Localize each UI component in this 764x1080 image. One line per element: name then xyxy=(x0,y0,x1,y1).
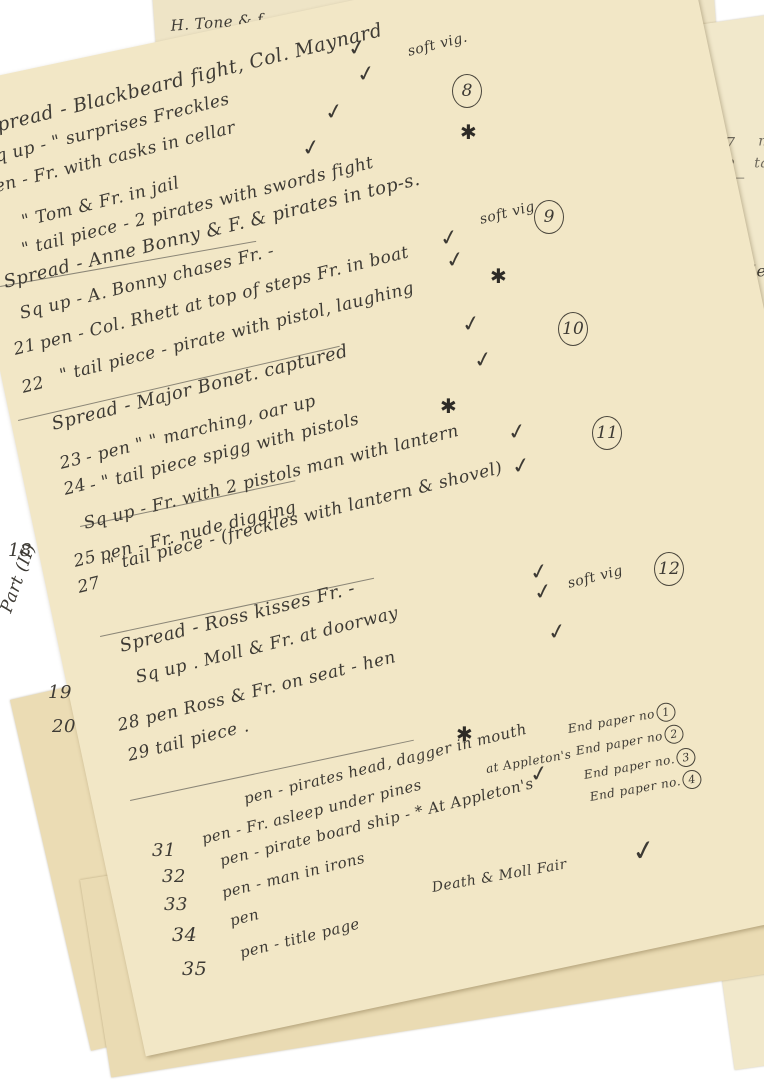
line-number: 20 xyxy=(52,716,76,737)
asterisk-icon: ✱ xyxy=(456,722,473,746)
end-paper-number: 3 xyxy=(675,746,697,768)
end-paper-number: 1 xyxy=(655,701,677,723)
line-number: 32 xyxy=(162,866,186,887)
line-number: 31 xyxy=(152,840,176,861)
end-paper-number: 2 xyxy=(663,723,685,745)
margin-part-label: Part (II) xyxy=(0,541,40,616)
asterisk-icon: ✱ xyxy=(490,264,507,288)
asterisk-icon: ✱ xyxy=(460,120,477,144)
word-ma: ma... xyxy=(758,134,764,150)
line-number: 19 xyxy=(48,682,72,703)
section-number-circle: 12 xyxy=(654,552,684,586)
section-number-circle: 11 xyxy=(592,416,622,450)
section-number-circle: 10 xyxy=(558,312,588,346)
line-number: 35 xyxy=(182,958,207,980)
word-tail: tail... xyxy=(754,156,764,172)
section-number-circle: 9 xyxy=(534,200,564,234)
end-paper-number: 4 xyxy=(681,768,703,790)
asterisk-icon: ✱ xyxy=(440,394,457,418)
line-number: 34 xyxy=(172,924,197,946)
line-number: 33 xyxy=(164,894,188,915)
section-number-circle: 8 xyxy=(452,74,482,108)
